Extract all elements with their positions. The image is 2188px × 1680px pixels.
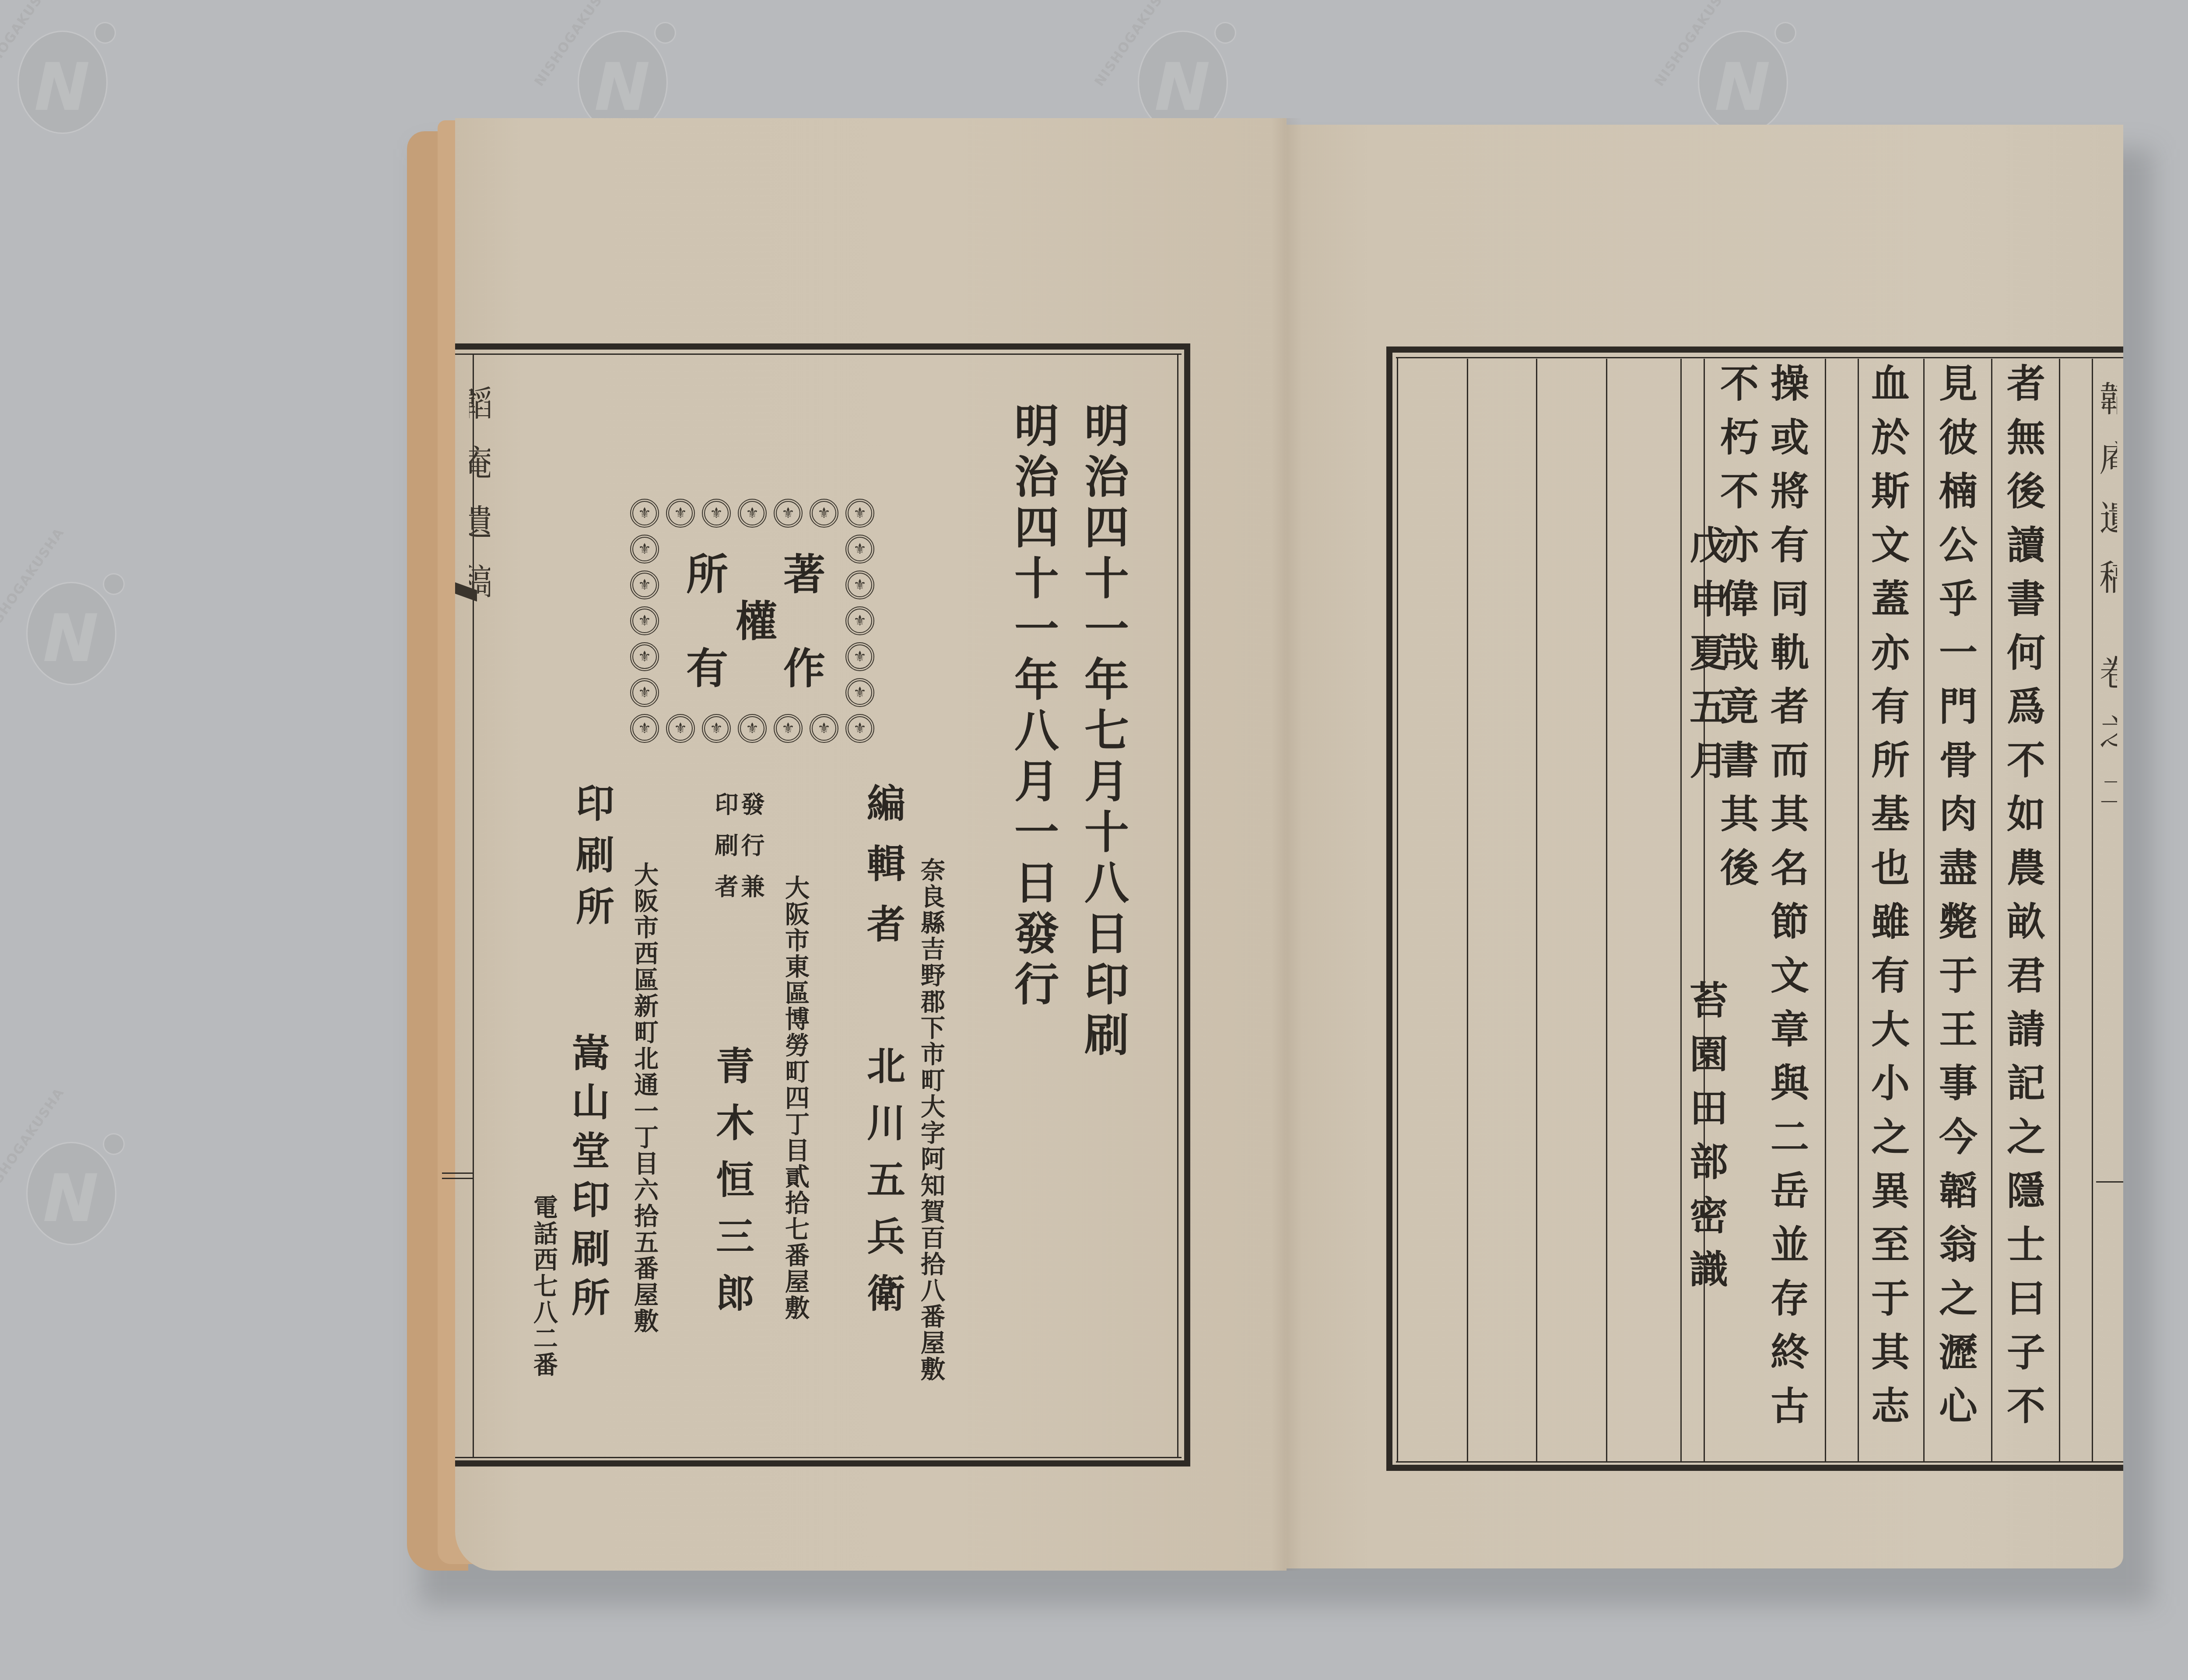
text-column: 見彼楠公乎一門骨肉盡斃于王事今韜翁之瀝心 <box>1936 363 1975 1439</box>
copyright-stamp: 著 作 權 所 有 <box>630 499 880 748</box>
stamp-char: 所 <box>686 553 728 595</box>
left-frame-right-thin <box>1177 353 1178 1458</box>
editor-name: 北川五兵衛 <box>864 1046 903 1330</box>
column-rule <box>1536 359 1537 1461</box>
print-shop-address: 大阪市西區新町北通一丁目六拾五番屋敷 <box>632 862 657 1334</box>
watermark-logo: NNISHOGAKUSHA <box>1680 9 1812 140</box>
stamp-char: 著 <box>783 553 825 595</box>
right-page <box>1287 125 2123 1568</box>
column-rule <box>1991 359 1992 1461</box>
right-frame-top-heavy <box>1386 346 2123 353</box>
watermark-logo: NNISHOGAKUSHA <box>0 9 131 140</box>
publisher-label-2: 印刷者 <box>713 792 737 915</box>
column-rule <box>1858 359 1859 1461</box>
column-rule <box>1467 359 1468 1461</box>
print-shop-name: 嵩山堂印刷所 <box>569 1032 607 1326</box>
book-gutter <box>1271 118 1302 1571</box>
left-frame-right-heavy <box>1184 343 1190 1466</box>
column-rule <box>1825 359 1826 1461</box>
right-frame-bottom-thin <box>1396 1461 2123 1463</box>
text-column: 操或將有同軌者而其名節文章與二岳並存終古 <box>1768 363 1806 1439</box>
column-rule <box>2092 359 2093 1461</box>
editor-label: 編輯者 <box>864 783 903 964</box>
right-fold-mark <box>2096 1181 2123 1183</box>
stamp-char: 權 <box>735 600 777 642</box>
published-date: 明治四十一年八月一日發行 <box>1011 402 1055 1011</box>
column-rule <box>2059 359 2060 1461</box>
watermark-logo: NNISHOGAKUSHA <box>9 1120 140 1251</box>
postscript-date: 戊申夏五月 <box>1687 525 1725 794</box>
right-frame-top-thin <box>1396 357 2123 358</box>
left-frame-top-thin <box>455 353 1182 355</box>
right-frame-left-heavy <box>1386 346 1392 1471</box>
postscript-signature: 苔園田部密識 <box>1687 980 1725 1303</box>
print-shop-label: 印刷所 <box>573 783 612 938</box>
editor-address: 奈良縣吉野郡下市町大字阿知賀百拾八番屋敷 <box>919 857 943 1382</box>
printed-date: 明治四十一年七月十八日印刷 <box>1081 402 1126 1062</box>
left-frame-top-heavy <box>455 343 1190 350</box>
watermark-logo: NNISHOGAKUSHA <box>9 560 140 691</box>
text-column: 者無後讀書何爲不如農畝君請記之隱士曰子不 <box>2004 363 2043 1439</box>
text-column: 血於斯文蓋亦有所基也雖有大小之異至于其志 <box>1869 363 1907 1439</box>
column-rule <box>1680 359 1682 1461</box>
publisher-label-1: 發行兼 <box>740 792 763 915</box>
left-fold-mark <box>442 1172 473 1174</box>
column-rule <box>1923 359 1925 1461</box>
right-frame-left-thin <box>1397 357 1398 1463</box>
left-fold-mark <box>442 1178 473 1179</box>
left-frame-bottom-heavy <box>455 1460 1190 1466</box>
right-frame-bottom-heavy <box>1386 1465 2123 1471</box>
print-shop-phone: 電話西七八二番 <box>532 1194 556 1378</box>
stamp-char: 有 <box>686 647 728 689</box>
left-frame-bottom-thin <box>455 1457 1182 1458</box>
column-rule <box>1606 359 1607 1461</box>
publisher-address: 大阪市東區博勞町四丁目貳拾七番屋敷 <box>783 875 808 1321</box>
publisher-name: 青木恒三郎 <box>713 1046 752 1330</box>
stamp-char: 作 <box>783 647 825 689</box>
